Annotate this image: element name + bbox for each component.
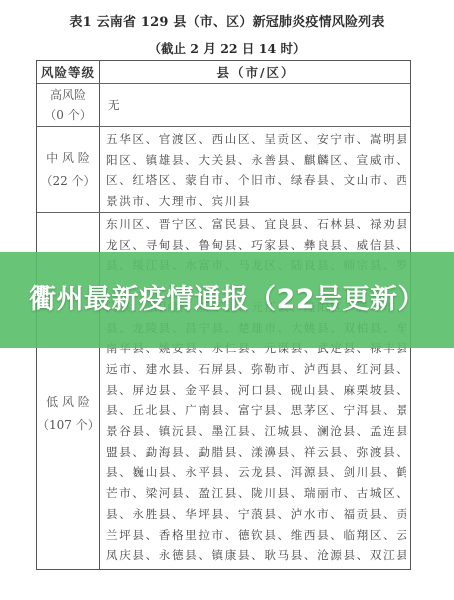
risk-level-label: 中 风 险 — [46, 147, 90, 170]
risk-level-count: （107 个） — [37, 414, 99, 437]
table-row-high-risk: 高风险 （0 个） 无 — [37, 84, 410, 127]
table-header-row: 风险等级 县（市/区） — [37, 61, 410, 84]
county-list-cell: 五华区、官渡区、西山区、呈贡区、安宁市、嵩明县、昭 阳区、镇雄县、大关县、永善县… — [100, 127, 410, 212]
header-county: 县（市/区） — [100, 61, 410, 83]
header-risk-level: 风险等级 — [37, 61, 100, 83]
county-list-line: 县、丘北县、广南县、富宁县、思茅区、宁洱县、景东县、 — [106, 400, 406, 421]
county-list-cell: 无 — [100, 84, 410, 126]
headline-banner: 衢州最新疫情通报（22号更新） — [0, 252, 454, 348]
county-list-line: 区、红塔区、蒙自市、个旧市、绿春县、文山市、西畴县、 — [106, 170, 406, 191]
county-list-line: 县、巍山县、永平县、云龙县、洱源县、剑川县、鹤庆县、 — [106, 462, 406, 483]
risk-level-cell: 高风险 （0 个） — [37, 84, 100, 126]
county-list-line: 县、永胜县、华坪县、宁蒗县、泸水市、福贡县、贡山县、 — [106, 504, 406, 525]
county-list-line: 景谷县、镇沅县、墨江县、江城县、澜沧县、孟连县、西 — [106, 421, 406, 442]
document-subtitle: （截止 2 月 22 日 14 时） — [0, 39, 454, 57]
county-list-line: 阳区、镇雄县、大关县、永善县、麒麟区、宣威市、沾益 — [106, 150, 406, 171]
county-list-line: 无 — [108, 94, 121, 117]
risk-level-count: （0 个） — [44, 105, 91, 125]
county-list-line: 芒市、梁河县、盈江县、陇川县、瑞丽市、古城区、玉龙 — [106, 483, 406, 504]
risk-level-label: 高风险 — [50, 85, 86, 105]
risk-level-cell: 中 风 险 （22 个） — [37, 127, 100, 212]
headline-text: 衢州最新疫情通报（22号更新） — [17, 283, 437, 317]
county-list-line: 景洪市、大理市、宾川县 — [106, 191, 406, 212]
risk-level-count: （22 个） — [40, 170, 95, 193]
county-list-line: 远市、建水县、石屏县、弥勒市、泸西县、红河县、元阳 — [106, 359, 406, 380]
county-list-line: 五华区、官渡区、西山区、呈贡区、安宁市、嵩明县、昭 — [106, 129, 406, 150]
document-title: 表1 云南省 129 县（市、区）新冠肺炎疫情风险列表 — [0, 11, 454, 30]
county-list-line: 兰坪县、香格里拉市、德钦县、维西县、临翔区、云县、 — [106, 525, 406, 546]
table-row-medium-risk: 中 风 险 （22 个） 五华区、官渡区、西山区、呈贡区、安宁市、嵩明县、昭 阳… — [37, 127, 410, 213]
county-list-line: 凤庆县、永德县、镇康县、耿马县、沧源县、双江县 — [106, 545, 406, 566]
risk-level-label: 低 风 险 — [46, 391, 90, 414]
county-list-line: 东川区、晋宁区、富民县、宜良县、石林县、禄劝县、盘 — [106, 214, 406, 235]
county-list-line: 盟县、勐海县、勐腊县、漾濞县、祥云县、弥渡县、南涧 — [106, 442, 406, 463]
county-list-line: 县、屏边县、金平县、河口县、砚山县、麻栗坡县、马关 — [106, 380, 406, 401]
